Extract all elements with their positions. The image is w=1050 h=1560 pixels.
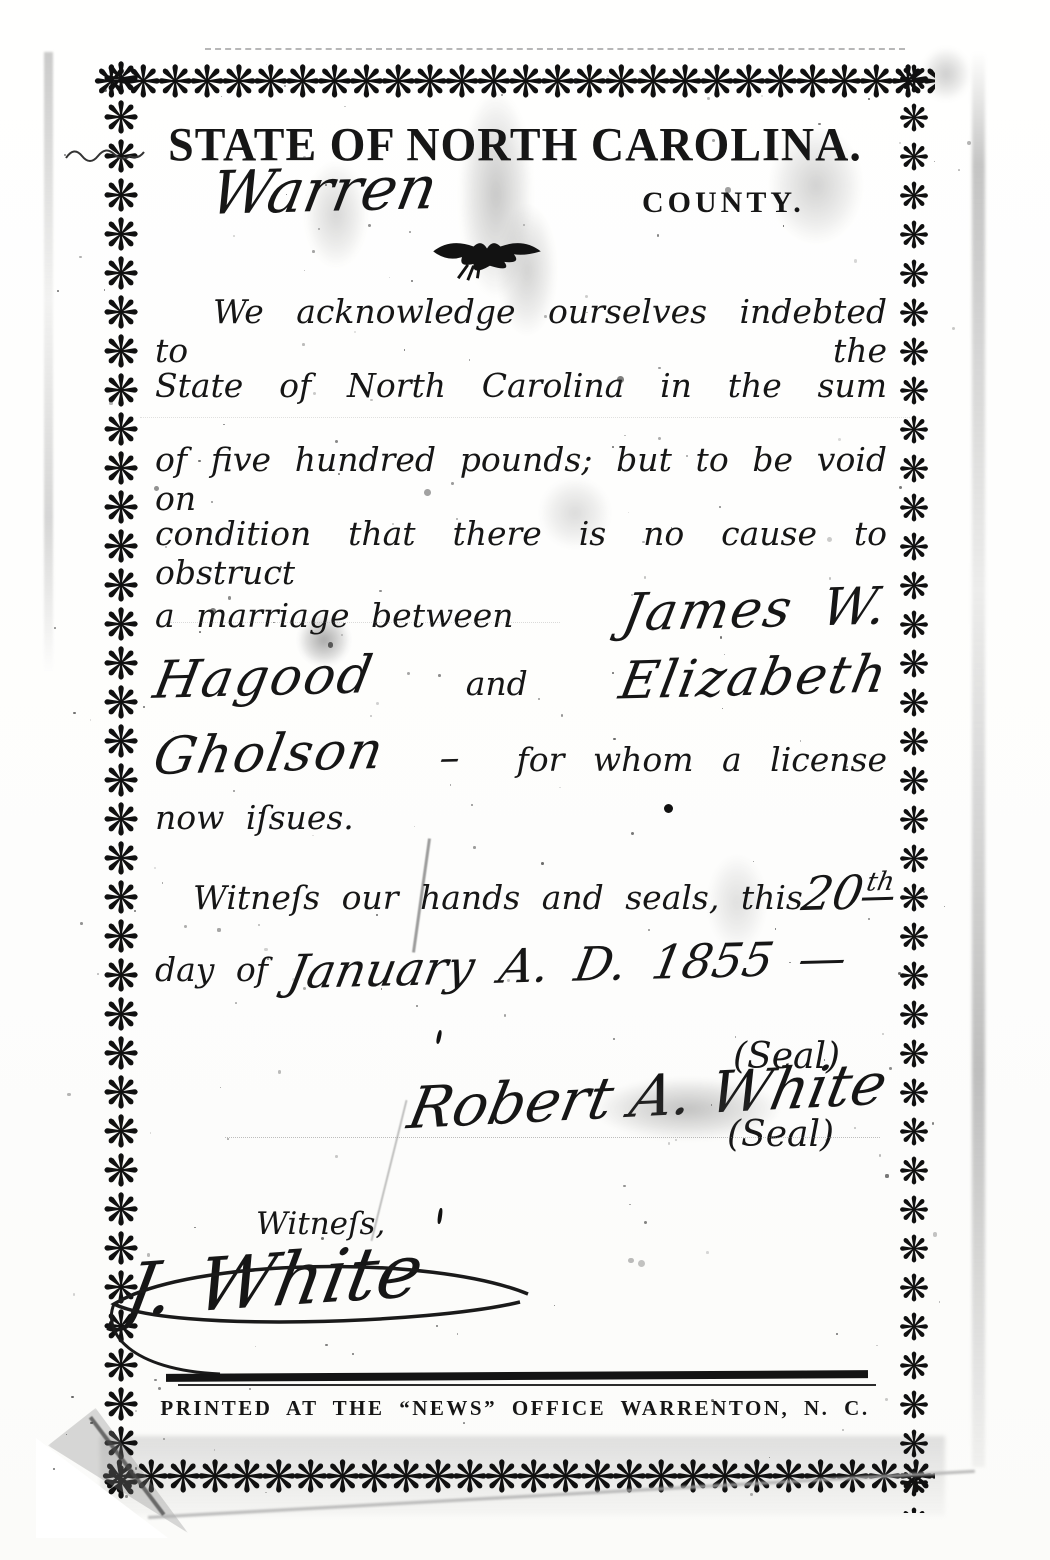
day-number: 20 — [797, 866, 867, 923]
day-handwritten: 20th — [797, 865, 899, 922]
bride-name-handwritten: Elizabeth — [615, 645, 894, 712]
printed-text: for whom a license — [516, 740, 887, 779]
eagle-ornament-icon — [428, 236, 546, 284]
handwritten-dash: – — [436, 735, 465, 782]
signature-smudge — [595, 1078, 780, 1140]
paper-edge-right — [972, 52, 985, 1467]
printer-imprint: PRINTED AT THE “NEWS” OFFICE WARRENTON, … — [95, 1396, 935, 1421]
border-ornament-right: ❋ ❋ ❋ ❋ ❋ ❋ ❋ ❋ ❋ ❋ ❋ ❋ ❋ ❋ ❋ ❋ ❋ ❋ ❋ ❋ … — [893, 60, 935, 1513]
scan-artifact-line — [140, 417, 910, 418]
scanned-marriage-bond-document: ❋❋❋❋❋❋❋❋❋❋❋❋❋❋❋❋❋❋❋❋❋❋❋❋❋❋❋❋❋❋ ❋❋❋❋❋❋❋❋❋… — [0, 0, 1050, 1560]
bride-surname-handwritten: Gholson — [149, 721, 390, 787]
paper-edge-top — [205, 48, 905, 50]
county-name-handwritten: Warren — [205, 153, 443, 229]
groom-surname-handwritten: Hagood — [149, 645, 379, 711]
attestation-line-1: Witneſs our hands and seals, this 20th — [155, 866, 887, 921]
bond-line-7: Gholson – for whom a license — [155, 724, 887, 784]
printed-text: day of — [155, 950, 268, 989]
date-handwritten: January A. D. 1855 — — [283, 931, 851, 1001]
border-ornament-top: ❋❋❋❋❋❋❋❋❋❋❋❋❋❋❋❋❋❋❋❋❋❋❋❋❋❋❋❋❋❋ — [93, 60, 935, 108]
pen-squiggle-mark — [64, 144, 160, 166]
bond-line-1: We acknowledge ourselves indebted to the — [155, 292, 887, 370]
blank-fill-line — [170, 622, 560, 623]
attestation-line-2: day of January A. D. 1855 — — [155, 938, 887, 993]
bond-line-2: State of North Carolina in the sum — [155, 366, 887, 405]
ink-dot — [664, 804, 673, 813]
groom-name-handwritten: James W. — [618, 577, 894, 644]
county-label: COUNTY. — [642, 186, 805, 220]
bond-line-8: now iſsues. — [155, 798, 887, 837]
bond-line-3: of five hundred pounds; but to be void o… — [155, 440, 887, 518]
printed-text: a marriage between — [155, 596, 514, 635]
bond-line-5: a marriage between James W. — [155, 580, 887, 640]
printed-text: and — [466, 664, 528, 703]
signature-baseline — [225, 1137, 880, 1138]
signature-flourish — [100, 1252, 540, 1382]
paper-edge-left — [44, 52, 53, 672]
day-ordinal-superscript: th — [861, 867, 899, 901]
bond-line-6: Hagood and Elizabeth — [155, 648, 887, 708]
printed-text: Witneſs our hands and seals, this — [193, 878, 803, 917]
footer-rule-thin — [178, 1384, 876, 1386]
